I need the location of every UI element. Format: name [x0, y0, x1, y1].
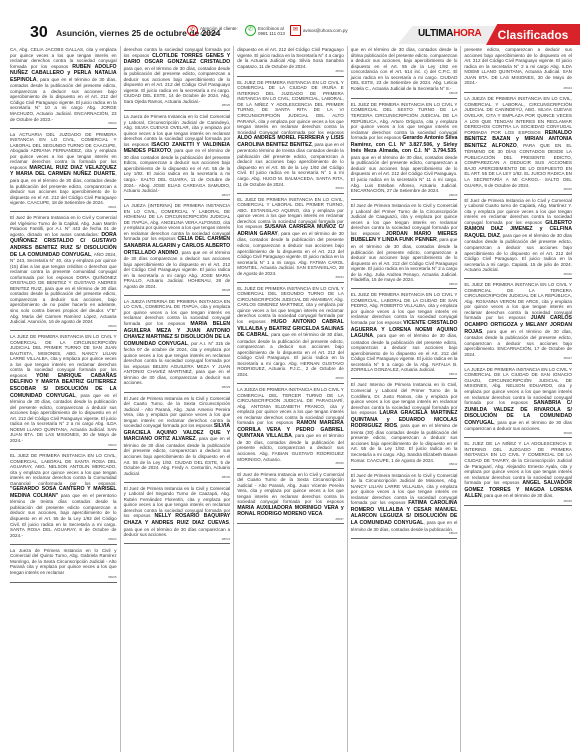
- brand-logo: ULTIMAHORA: [418, 28, 481, 39]
- notice-code: #8027: [124, 194, 231, 198]
- notice-text: presente edicto, comparezcan a deducir s…: [464, 47, 572, 85]
- notice-code: #8026: [124, 104, 231, 108]
- legal-notice: presente edicto, comparezcan a deducir s…: [464, 46, 572, 93]
- notice-code: #8022: [10, 325, 117, 329]
- notice-text-cont: , para que en el término de 30 días, con…: [351, 333, 458, 372]
- legal-notice: El Juez de Primera Instancia en lo Civil…: [124, 395, 231, 483]
- notice-code: #8039: [351, 194, 458, 198]
- notice-code: #8038: [351, 92, 458, 96]
- notice-text-cont: , para que en el término de 30 días cont…: [124, 436, 231, 475]
- notice-text-cont: , para que en el término de 30 días, con…: [10, 77, 117, 122]
- legal-notice: El Juez Interino de Primera Instancia en…: [351, 381, 458, 469]
- customer-service-label: Atención al cliente:: [200, 26, 238, 31]
- notice-code: #8032: [237, 70, 344, 74]
- column-1: CA, Abg. CELIA JACOBS GALLAS, cita y emp…: [7, 46, 121, 752]
- page-number: 30: [30, 24, 48, 42]
- legal-notice: CA, Abg. CELIA JACOBS GALLAS, cita y emp…: [10, 46, 117, 129]
- phone-icon: ✆: [187, 25, 198, 36]
- notice-code: #8048: [464, 432, 572, 436]
- brand-hora: HORA: [453, 28, 481, 39]
- notice-code: #8046: [464, 273, 572, 277]
- legal-notice: LA JUEZA DE PRIMERA INSTANCIA EN LO CIVI…: [464, 95, 572, 194]
- column-2: derechos contra la sociedad conyugal for…: [121, 46, 235, 752]
- notice-text: LA JUEZ DE PRIMERA INSTANCIA EN LO CIVIL…: [10, 334, 117, 378]
- notice-text: dispuesto en el Art. 212 del Código Civi…: [237, 47, 344, 69]
- notice-code: #8049: [464, 500, 572, 504]
- notice-text-cont: , para que en el término de 30 días cont…: [124, 148, 231, 193]
- whatsapp-contact: ✆ Escríbinos al0981 111 013: [245, 25, 285, 36]
- notice-text-cont: , para que en el término de 30 días.: [482, 493, 554, 498]
- notice-code: #8029: [124, 386, 231, 390]
- notice-text-cont: , para que en el término de 30 días comp…: [124, 250, 231, 289]
- notice-text-cont: , para que en el término de 30 días, con…: [237, 231, 344, 276]
- whatsapp-icon: ✆: [245, 25, 256, 36]
- email-contact: ✉ avisos@uhora.com.py: [290, 25, 348, 36]
- legal-notice: LA JUEZA INTERINA DE PRIMERA INSTANCIA E…: [124, 298, 231, 393]
- notice-code: #8035: [237, 377, 344, 381]
- legal-notice: El Juez de Primera Instancia en lo Civil…: [351, 202, 458, 289]
- notice-text-cont: , PARA QUE EN EL TÉRMINO DE 30 DÍAS CONT…: [464, 143, 572, 188]
- notice-code: #8037: [237, 518, 344, 522]
- legal-notice: El Juez de Primera Instancia en lo Civil…: [351, 472, 458, 539]
- legal-notice: EL JUEZ DE PRIMERA INSTANCIA EN LO CIVIL…: [237, 285, 344, 384]
- customer-service-phone: 4157000: [200, 31, 238, 36]
- legal-notice: LA JUEZA (INTERINA) DE PRIMERA INSTANCIA…: [124, 202, 231, 296]
- notice-code: #8044: [464, 87, 572, 91]
- notice-text-cont: para que en el perentorio término de tre…: [10, 493, 117, 538]
- notice-code: #8021: [10, 206, 117, 210]
- legal-notice: LA JUEZA DE PRIMERA INSTANCIA EN LO CIVI…: [464, 366, 572, 439]
- column-4: que en el término de 30 días, contados d…: [348, 46, 462, 752]
- notice-code: #8028: [124, 289, 231, 293]
- legal-notice: El Juez de Primera Instancia en lo Civil…: [237, 471, 344, 525]
- notice-text-cont: , AÑO 2024, N° 243, Secretaría N° 40, ci…: [10, 252, 117, 325]
- notice-code: #8043: [351, 532, 458, 536]
- notice-text-cont: , para que en el perentorio término de t…: [237, 142, 344, 187]
- legal-notice: EL JUEZ DE PRIMERA INSTANCIA EN LO CIVIL…: [237, 79, 344, 194]
- notice-text-cont: , para que en el término de 30 días, con…: [351, 237, 458, 282]
- legal-notice: derechos contra la sociedad conyugal for…: [124, 46, 231, 111]
- whatsapp-label: Escríbinos al: [258, 26, 285, 31]
- legal-notice: El Juez de Primera Instancia en lo Civil…: [124, 485, 231, 544]
- notice-text: EL JUEZ DE LA NIÑEZ Y LA ADOLESCENCIA E …: [464, 441, 572, 485]
- legal-notice: La Jueza de Primera Instancia en lo Civi…: [124, 113, 231, 200]
- classifieds-columns: CA, Abg. CELIA JACOBS GALLAS, cita y emp…: [7, 46, 575, 752]
- legal-notice: EL JUEZ DE PRIMERA INSTANCIA EN LO CIVIL…: [10, 452, 117, 545]
- notice-code: #8025: [10, 576, 117, 580]
- notice-code: #8023: [10, 444, 117, 448]
- legal-notice: EL JUEZ DE PRIMERA INSTANCIA EN LO CIVIL…: [351, 101, 458, 200]
- notice-code: #8041: [351, 373, 458, 377]
- notice-code: #8031: [124, 538, 231, 542]
- mail-icon: ✉: [290, 25, 301, 36]
- notice-code: #8047: [464, 357, 572, 361]
- notice-code: #8024: [10, 538, 117, 542]
- column-5: presente edicto, comparezcan a deducir s…: [461, 46, 575, 752]
- legal-notice: EL JUEZ DE PRIMERA INSTANCIA EN LO CIVIL…: [464, 281, 572, 364]
- notice-code: #8042: [351, 463, 458, 467]
- legal-notice: El Juez de Primera Instancia en lo Civil…: [10, 214, 117, 331]
- notice-code: #8033: [237, 187, 344, 191]
- customer-service: ✆ Atención al cliente:4157000: [187, 25, 238, 36]
- legal-notice: La ACTUARIA DEL JUZGADO DE PRIMERA INSTA…: [10, 131, 117, 213]
- notice-text-cont: para que, en el término de 30 días, cont…: [124, 66, 231, 104]
- column-3: dispuesto en el Art. 212 del Código Civi…: [234, 46, 348, 752]
- notice-text: que en el término de 30 días, contados d…: [351, 47, 458, 91]
- legal-notice: EL JUEZ DE PRIMERA INSTANCIA EN LO CIVIL…: [237, 196, 344, 283]
- notice-code: #8040: [351, 283, 458, 287]
- notice-text: EL JUEZ DE PRIMERA INSTANCIA EN LO CIVIL…: [10, 453, 117, 486]
- notice-text: La Jueza de Primera Instancia en lo Civi…: [10, 548, 117, 575]
- notice-code: #8034: [237, 276, 344, 280]
- notice-text-cont: , para que en el término de treinta (30)…: [351, 423, 458, 462]
- notice-text: El Juez de Primera Instancia en lo Civil…: [237, 472, 344, 505]
- notice-text-cont: , para que en el término de 30 días, con…: [10, 393, 117, 443]
- whatsapp-number: 0981 111 013: [258, 31, 285, 36]
- legal-notice: LA JUEZ DE PRIMERA INSTANCIA EN LO CIVIL…: [10, 333, 117, 450]
- legal-notice: El Juez de Primera Instancia en lo Civil…: [464, 197, 572, 280]
- notice-text-cont: , para que en el término de 30 días, con…: [351, 148, 458, 193]
- legal-notice: EL JUEZ DE LA NIÑEZ Y LA ADOLESCENCIA E …: [464, 440, 572, 506]
- brand-ultima: ULTIMA: [418, 28, 453, 39]
- section-title: Clasificados: [486, 24, 580, 45]
- notice-code: #8036: [237, 462, 344, 466]
- legal-notice: LA JUEZA DE PRIMERA INSTANCIA EN LO CIVI…: [237, 386, 344, 469]
- legal-notice: EL JUEZ DE PRIMERA INSTANCIA EN LO CIVIL…: [351, 291, 458, 379]
- notice-text-cont: .: [322, 511, 323, 516]
- email-address: avisos@uhora.com.py: [303, 28, 348, 33]
- legal-notice: dispuesto en el Art. 212 del Código Civi…: [237, 46, 344, 77]
- notice-parties: MARIA AUXILIADORA MORINIGO VERA y RONAL …: [237, 505, 344, 518]
- page-header: 30 Asunción, viernes 25 de octubre de 20…: [0, 0, 580, 46]
- notice-code: #8020: [10, 122, 117, 126]
- notice-code: #8030: [124, 476, 231, 480]
- notice-text-cont: , para que en el término de 30 días, con…: [237, 332, 344, 377]
- legal-notice: La Jueza de Primera Instancia en lo Civi…: [10, 547, 117, 583]
- notice-code: #8045: [464, 188, 572, 192]
- legal-notice: que en el término de 30 días, contados d…: [351, 46, 458, 99]
- notice-text-cont: , por A.I. N° 315 de fecha 07 de octubre…: [124, 341, 231, 386]
- notice-text: EL JUEZ DE PRIMERA INSTANCIA EN LO CIVIL…: [237, 80, 344, 135]
- notice-text-cont: , para que en el término de 30 días cont…: [464, 233, 572, 272]
